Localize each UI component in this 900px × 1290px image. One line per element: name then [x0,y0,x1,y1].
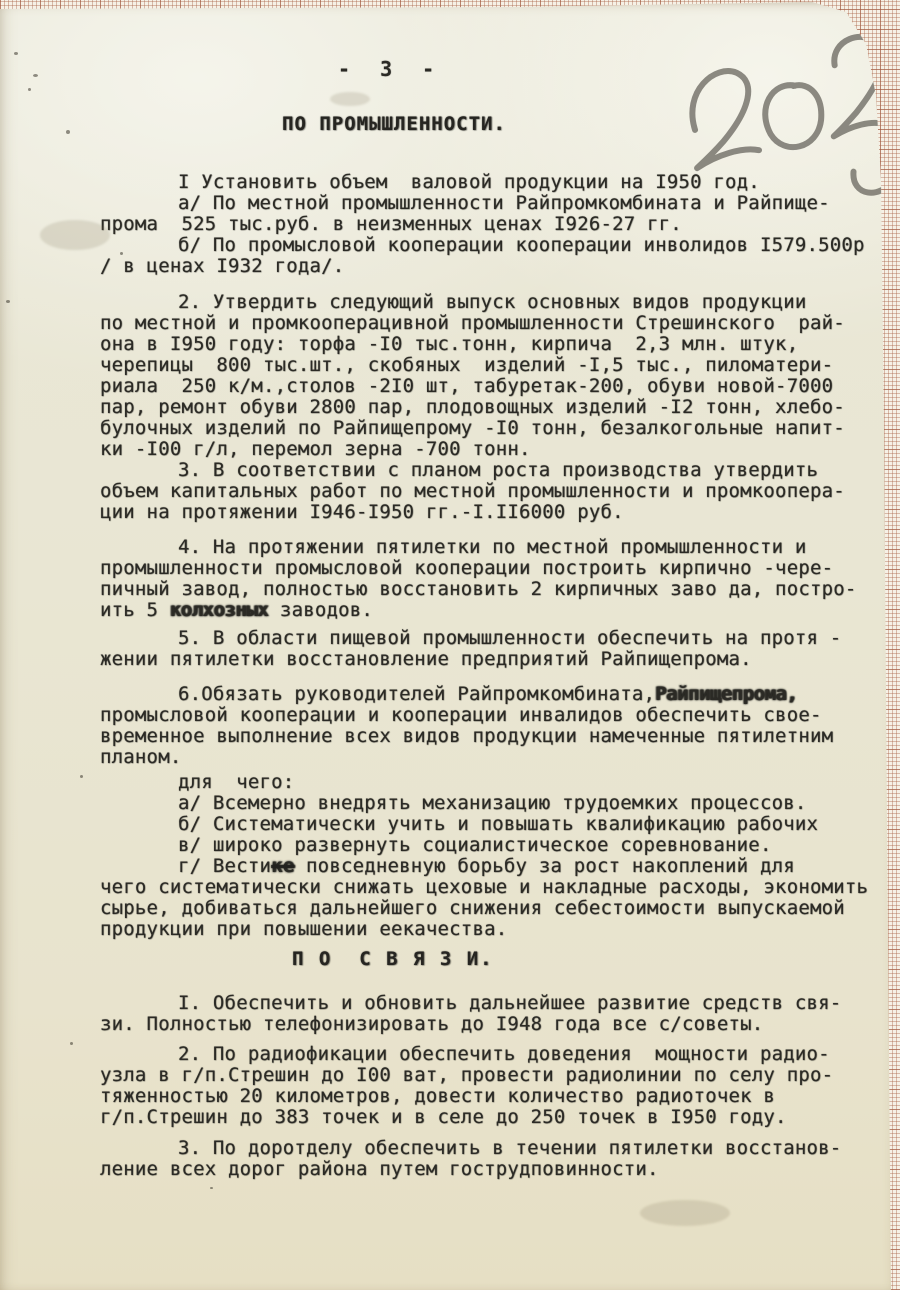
typed-line: в/ широко развернуть социалистическое со… [100,835,880,856]
typed-line: зи. Полностью телефонизировать до I948 г… [100,1014,880,1035]
paper-speck [70,1042,73,1045]
typed-line: ить 5 колхозных заводов. [100,600,880,621]
typed-line: 3. По доротделу обеспечить в течении пят… [100,1138,880,1159]
typed-line: I. Обеспечить и обновить дальнейшее разв… [100,993,880,1014]
comm-item-3: 3. По доротделу обеспечить в течении пят… [100,1138,880,1180]
typed-line: б/ По промысловой кооперации кооперации … [100,235,880,256]
paragraph-item-5: 5. В области пищевой промышленности обес… [100,628,880,670]
typed-line: она в I950 году: торфа -I0 тыс.тонн, кир… [100,334,880,355]
document-page: - 3 - ПО ПРОМЫШЛЕННОСТИ. I Установить об… [0,0,900,1290]
comm-item-2: 2. По радиофикации обеспечить доведения … [100,1044,880,1128]
typed-line: б/ Систематически учить и повышать квали… [100,814,880,835]
typed-line: узла в г/п.Стрешин до I00 ват, провести … [100,1065,880,1086]
typed-text: заводов. [268,599,373,621]
typed-line: 4. На протяжении пятилетки по местной пр… [100,537,880,558]
typed-line: пар, ремонт обуви 2800 пар, плодовощных … [100,397,880,418]
typed-line: объем капитальных работ по местной промы… [100,481,880,502]
typed-line: планом. [100,747,880,768]
paragraph-item-6: 6.Обязать руководителей Райпромкомбината… [100,684,880,768]
paper-speck [6,300,10,303]
paragraph-item-3: 3. В соответствии с планом роста произво… [100,460,880,523]
typed-line: жении пятилетки восстановление предприят… [100,649,880,670]
typed-line: пичный завод, полностью восстановить 2 к… [100,579,880,600]
paper-speck [80,775,83,778]
typed-line: 2. Утвердить следующий выпуск основных в… [100,292,880,313]
typed-line: г/п.Стрешин до 383 точек и в селе до 250… [100,1107,880,1128]
typed-line: ление всех дорог района путем гострудпов… [100,1159,880,1180]
section-title-industry: ПО ПРОМЫШЛЕННОСТИ. [282,113,506,135]
paper-smudge [640,1200,730,1226]
page-number: - 3 - [338,57,436,81]
section-title-communications: П О С В Я З И. [292,948,494,970]
paper-smudge [330,92,370,106]
paragraph-item-4: 4. На протяжении пятилетки по местной пр… [100,537,880,621]
typed-text: ить 5 [100,599,170,621]
typed-text: повседневную борьбу за рост накоплений д… [294,855,794,877]
typed-line: временное выполнение всех видов продукци… [100,726,880,747]
typed-line: 5. В области пищевой промышленности обес… [100,628,880,649]
typed-line: булочных изделий по Райпищепрому -I0 тон… [100,418,880,439]
typed-text: г/ Вести [178,855,271,877]
paper-smudge [40,220,110,250]
typed-line: риала 250 к/м.,столов -2I0 шт, табуретак… [100,376,880,397]
paragraph-item-2: 2. Утвердить следующий выпуск основных в… [100,292,880,460]
typed-line: чего систематически снижать цеховые и на… [100,877,880,898]
typed-line: 2. По радиофикации обеспечить доведения … [100,1044,880,1065]
typed-line: ки -I00 г/л, перемол зерна -700 тонн. [100,439,880,460]
overtyped-word: колхозных [170,599,268,621]
typed-line: 3. В соответствии с планом роста произво… [100,460,880,481]
paper-speck [28,88,31,91]
typed-line: тяженностью 20 километров, довести колич… [100,1086,880,1107]
paper-speck [33,74,38,77]
paper-speck [66,130,70,134]
pencil-page-number [655,17,900,241]
struck-out-letters: ке [271,855,294,877]
typed-line: по местной и промкооперацивной промышлен… [100,313,880,334]
typed-line: сырье, добиваться дальнейшего снижения с… [100,898,880,919]
typed-line: для чего: [100,772,880,793]
paper-speck [120,252,123,255]
typed-line: а/ Всемерно внедрять механизацию трудоем… [100,793,880,814]
typed-line: г/ Вестике повседневную борьбу за рост н… [100,856,880,877]
comm-item-1: I. Обеспечить и обновить дальнейшее разв… [100,993,880,1035]
typed-line: промысловой кооперации и кооперации инва… [100,705,880,726]
typed-line: / в ценах I932 года/. [100,256,880,277]
overtyped-word: Райпищепрома, [655,683,797,705]
typed-text: 6.Обязать руководителей Райпромкомбината… [178,683,655,705]
paper-speck [210,1187,213,1189]
typed-line: черепицы 800 тыс.шт., скобяных изделий -… [100,355,880,376]
typed-line: продукции при повышении еекачества. [100,919,880,940]
task-list: для чего: а/ Всемерно внедрять механизац… [100,772,880,940]
typed-line: ции на протяжении I946-I950 гг.-I.II6000… [100,502,880,523]
paper-speck [14,52,18,55]
typed-line: 6.Обязать руководителей Райпромкомбината… [100,684,880,705]
typed-line: промышленности промысловой кооперации по… [100,558,880,579]
